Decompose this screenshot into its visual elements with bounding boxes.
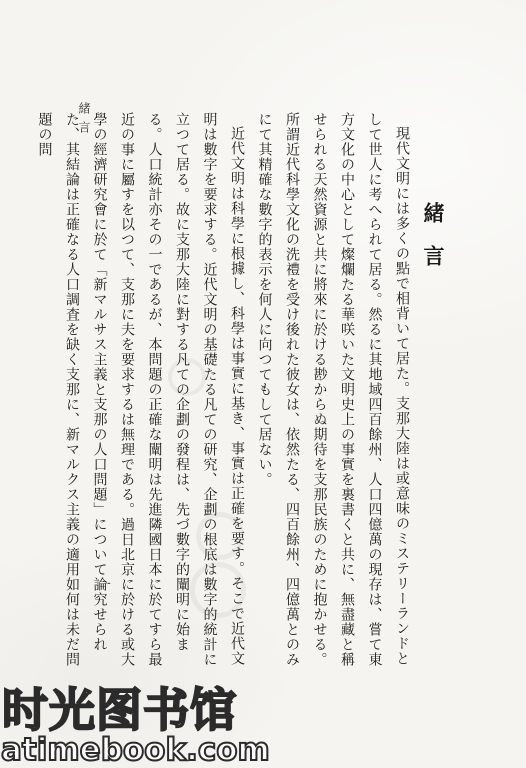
watermark-url: atimebook.com [1,732,270,768]
page-title: 緒言 [415,112,451,672]
scanned-book-page: 緒言 現代文明には多くの點で相背いて居た。支那大陸は或意味のミステリーランドとし… [0,0,526,768]
body-paragraph-1: 現代文明には多くの點で相背いて居た。支那大陸は或意味のミステリーランドとして世人… [250,112,415,672]
watermark-library-name: 时光图书馆 [2,674,237,740]
page-number: 一 [98,574,111,593]
stamp-ghost-circle [190,562,246,618]
stamp-ghost-circle [196,512,244,560]
running-header: 緒言 [76,102,93,140]
stamp-ghost-circle [168,358,206,396]
vertical-text-block: 緒言 現代文明には多くの點で相背いて居た。支那大陸は或意味のミステリーランドとし… [30,112,463,672]
